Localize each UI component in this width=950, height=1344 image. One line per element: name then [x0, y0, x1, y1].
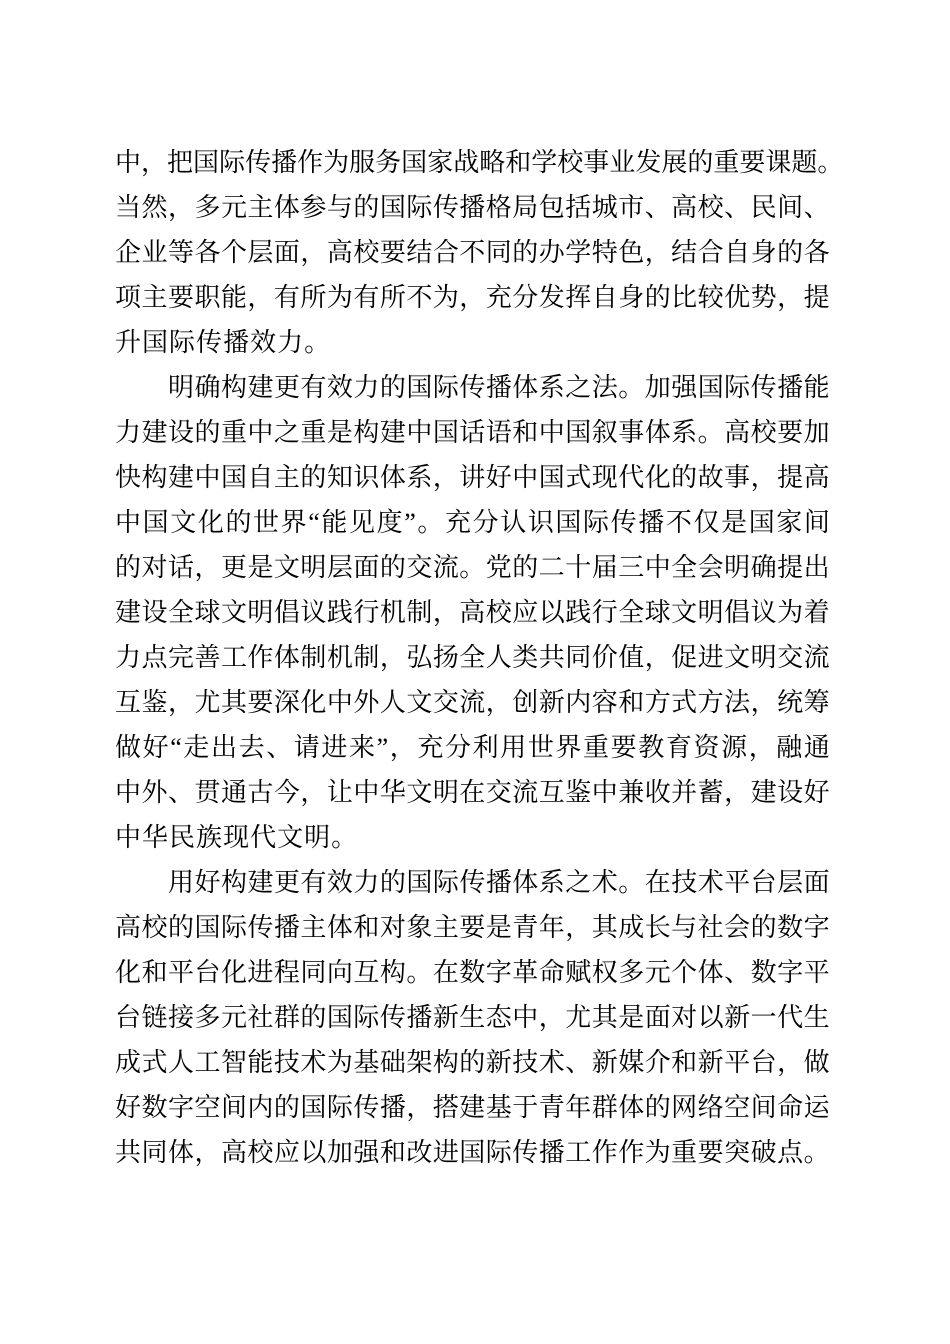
document-line: 明确构建更有效力的国际传播体系之法。加强国际传播能: [115, 365, 830, 410]
document-page: 中，把国际传播作为服务国家战略和学校事业发展的重要课题。当然，多元主体参与的国际…: [0, 0, 950, 1344]
document-line: 好数字空间内的国际传播，搭建基于青年群体的网络空间命运: [115, 1085, 830, 1130]
document-line: 企业等各个层面，高校要结合不同的办学特色，结合自身的各: [115, 230, 830, 275]
document-line: 中，把国际传播作为服务国家战略和学校事业发展的重要课题。: [115, 140, 830, 185]
document-line: 共同体，高校应以加强和改进国际传播工作作为重要突破点。: [115, 1130, 830, 1175]
document-line: 力点完善工作体制机制，弘扬全人类共同价值，促进文明交流: [115, 635, 830, 680]
document-line: 成式人工智能技术为基础架构的新技术、新媒介和新平台，做: [115, 1040, 830, 1085]
paragraph-1: 中，把国际传播作为服务国家战略和学校事业发展的重要课题。当然，多元主体参与的国际…: [115, 140, 830, 365]
document-line: 中国文化的世界“能见度”。充分认识国际传播不仅是国家间: [115, 500, 830, 545]
document-line: 建设全球文明倡议践行机制，高校应以践行全球文明倡议为着: [115, 590, 830, 635]
document-line: 当然，多元主体参与的国际传播格局包括城市、高校、民间、: [115, 185, 830, 230]
document-line: 化和平台化进程同向互构。在数字革命赋权多元个体、数字平: [115, 950, 830, 995]
document-line: 互鉴，尤其要深化中外人文交流，创新内容和方式方法，统筹: [115, 680, 830, 725]
document-line: 快构建中国自主的知识体系，讲好中国式现代化的故事，提高: [115, 455, 830, 500]
document-text-block: 中，把国际传播作为服务国家战略和学校事业发展的重要课题。当然，多元主体参与的国际…: [115, 140, 830, 1175]
document-line: 项主要职能，有所为有所不为，充分发挥自身的比较优势，提: [115, 275, 830, 320]
paragraph-2: 明确构建更有效力的国际传播体系之法。加强国际传播能力建设的重中之重是构建中国话语…: [115, 365, 830, 860]
document-line: 做好“走出去、请进来”，充分利用世界重要教育资源，融通: [115, 725, 830, 770]
document-line: 力建设的重中之重是构建中国话语和中国叙事体系。高校要加: [115, 410, 830, 455]
document-line: 台链接多元社群的国际传播新生态中，尤其是面对以新一代生: [115, 995, 830, 1040]
document-line: 升国际传播效力。: [115, 320, 830, 365]
paragraph-3: 用好构建更有效力的国际传播体系之术。在技术平台层面高校的国际传播主体和对象主要是…: [115, 860, 830, 1175]
document-line: 高校的国际传播主体和对象主要是青年，其成长与社会的数字: [115, 905, 830, 950]
document-line: 中外、贯通古今，让中华文明在交流互鉴中兼收并蓄，建设好: [115, 770, 830, 815]
document-line: 中华民族现代文明。: [115, 815, 830, 860]
document-line: 的对话，更是文明层面的交流。党的二十届三中全会明确提出: [115, 545, 830, 590]
document-line: 用好构建更有效力的国际传播体系之术。在技术平台层面: [115, 860, 830, 905]
